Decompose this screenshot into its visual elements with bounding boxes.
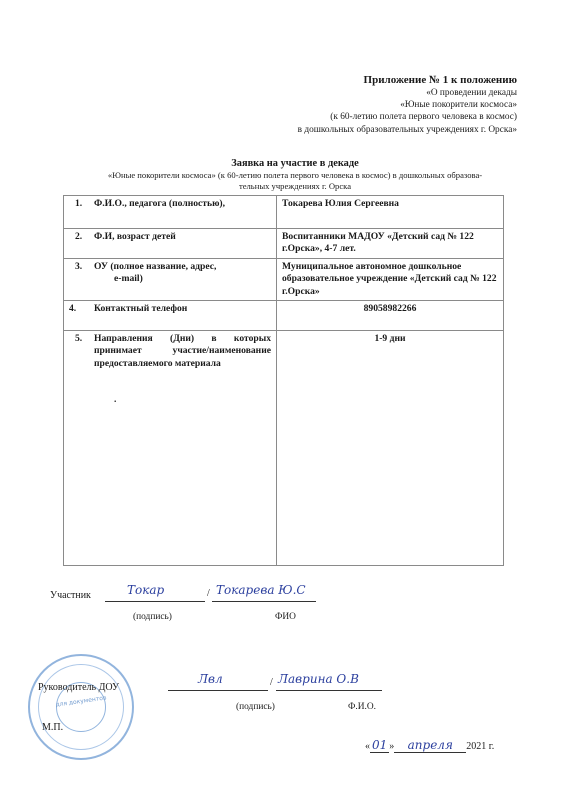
table-row: 3.ОУ (полное название, адрес,e-mail) Мун…: [64, 258, 504, 300]
row-label-cell: 2.Ф.И, возраст детей: [64, 229, 277, 259]
appendix-line: (к 60-летию полета первого человека в ко…: [298, 111, 517, 123]
signature-caption: (подпись): [236, 702, 275, 712]
appendix-header: Приложение № 1 к положению «О проведении…: [298, 73, 517, 136]
row-label: ОУ (полное название, адрес,: [94, 261, 216, 272]
teacher-name-value: Токарева Юлия Сергеевна: [282, 198, 399, 209]
row-label: Направления (Дни) в которых: [94, 333, 271, 345]
days-value: 1-9 дни: [374, 333, 405, 344]
institution-value: Муниципальное автономное дошкольное обра…: [282, 261, 497, 297]
row-value-cell[interactable]: 89058982266: [277, 301, 504, 331]
table-row: 5. Направления (Дни) в которых принимает…: [64, 331, 504, 566]
table-row: 1.Ф.И.О., педагога (полностью), Токарева…: [64, 196, 504, 229]
children-value: Воспитанники МАДОУ «Детский сад № 122 г.…: [282, 231, 474, 254]
table-row: 2.Ф.И, возраст детей Воспитанники МАДОУ …: [64, 229, 504, 259]
row-label: Ф.И, возраст детей: [94, 231, 271, 243]
date-month[interactable]: апреля: [394, 738, 466, 753]
row-label: Контактный телефон: [94, 303, 271, 315]
appendix-line: «Юные покорители космоса»: [298, 99, 517, 111]
row-label-cell: 4.Контактный телефон: [64, 301, 277, 331]
row-note: .: [94, 394, 271, 406]
date-line: «01»апреля2021 г.: [365, 738, 494, 753]
participant-name-handwritten: Токарева Ю.С: [216, 583, 306, 597]
date-day[interactable]: 01: [370, 738, 389, 753]
appendix-line: «О проведении декады: [298, 87, 517, 99]
row-label-cell: 3.ОУ (полное название, адрес,e-mail): [64, 258, 277, 300]
row-value-cell[interactable]: 1-9 дни: [277, 331, 504, 566]
row-number: 4.: [69, 303, 94, 315]
seal-place-label: М.П.: [42, 722, 63, 733]
phone-value: 89058982266: [364, 303, 417, 314]
row-number: 1.: [69, 198, 94, 210]
row-label-cont: предоставляемого материала: [94, 358, 271, 370]
row-value-cell[interactable]: Воспитанники МАДОУ «Детский сад № 122 г.…: [277, 229, 504, 259]
signature-caption: (подпись): [133, 612, 172, 622]
name-caption: ФИО: [275, 612, 296, 622]
participant-signature: Токар: [127, 583, 164, 597]
seal-stamp: для документов: [28, 654, 134, 760]
row-number: 5.: [69, 333, 94, 407]
separator-slash: /: [207, 588, 210, 599]
table-row: 4.Контактный телефон 89058982266: [64, 301, 504, 331]
date-year: 2021 г.: [466, 741, 494, 752]
name-caption: Ф.И.О.: [348, 702, 376, 712]
participant-label: Участник: [50, 590, 91, 601]
row-label-cell: 1.Ф.И.О., педагога (полностью),: [64, 196, 277, 229]
row-label-cont: e-mail): [94, 273, 143, 284]
participant-name-field[interactable]: Токарева Ю.С: [212, 583, 316, 602]
head-signature-field[interactable]: Лвл: [168, 672, 268, 691]
head-name-handwritten: Лаврина О.В: [278, 672, 359, 686]
row-number: 3.: [69, 261, 94, 286]
row-number: 2.: [69, 231, 94, 243]
appendix-line: в дошкольных образовательных учреждениях…: [298, 124, 517, 136]
head-signature: Лвл: [198, 672, 223, 686]
row-label: Ф.И.О., педагога (полностью),: [94, 198, 271, 210]
application-subtitle: «Юные покорители космоса» (к 60-летию по…: [50, 170, 540, 181]
head-name-field[interactable]: Лаврина О.В: [276, 672, 382, 691]
separator-slash: /: [270, 677, 273, 688]
row-value-cell[interactable]: Муниципальное автономное дошкольное обра…: [277, 258, 504, 300]
application-title: Заявка на участие в декаде: [50, 157, 540, 170]
row-label-cell: 5. Направления (Дни) в которых принимает…: [64, 331, 277, 566]
application-form-table: 1.Ф.И.О., педагога (полностью), Токарева…: [63, 195, 504, 566]
application-heading: Заявка на участие в декаде «Юные покорит…: [50, 157, 540, 191]
participant-signature-field[interactable]: Токар: [105, 583, 205, 602]
row-label-cont: принимает участие/наименование: [94, 345, 271, 357]
head-label: Руководитель ДОУ: [38, 682, 119, 693]
application-subtitle-cont: тельных учреждениях г. Орска: [50, 181, 540, 192]
appendix-title: Приложение № 1 к положению: [298, 73, 517, 87]
row-value-cell[interactable]: Токарева Юлия Сергеевна: [277, 196, 504, 229]
